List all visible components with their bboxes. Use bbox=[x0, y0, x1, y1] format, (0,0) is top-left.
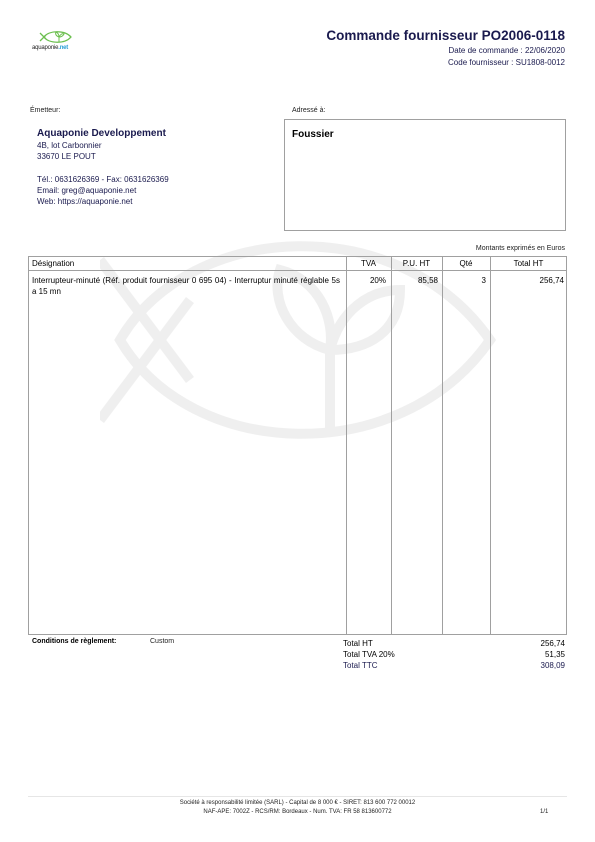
recipient-name: Foussier bbox=[292, 129, 334, 140]
column-header-total: Total HT bbox=[490, 259, 567, 268]
logo-text: aquaponie.net bbox=[32, 45, 68, 51]
sender-email: Email: greg@aquaponie.net bbox=[37, 186, 136, 195]
payment-terms-value: Custom bbox=[150, 638, 174, 645]
column-header-designation: Désignation bbox=[32, 259, 74, 268]
payment-terms-label: Conditions de règlement: bbox=[32, 638, 116, 645]
page-number: 1/1 bbox=[540, 809, 548, 815]
table-header-divider bbox=[28, 270, 567, 271]
footer-divider bbox=[28, 796, 567, 797]
sender-address-line2: 33670 LE POUT bbox=[37, 152, 96, 161]
total-ttc-value: 308,09 bbox=[541, 661, 565, 670]
column-header-qty: Qté bbox=[442, 259, 490, 268]
order-lines-table bbox=[28, 256, 567, 635]
total-ht-label: Total HT bbox=[343, 639, 373, 648]
column-divider bbox=[391, 256, 392, 635]
total-ttc-label: Total TTC bbox=[343, 661, 378, 670]
total-tva-label: Total TVA 20% bbox=[343, 650, 395, 659]
sender-web: Web: https://aquaponie.net bbox=[37, 197, 132, 206]
row-designation: Interrupteur-minuté (Réf. produit fourni… bbox=[32, 276, 340, 297]
sender-phone-fax: Tél.: 0631626369 - Fax: 0631626369 bbox=[37, 175, 169, 184]
row-qty: 3 bbox=[442, 276, 486, 285]
footer-legal-line1: Société à responsabilité limitée (SARL) … bbox=[0, 800, 595, 806]
fish-logo-icon bbox=[32, 28, 82, 46]
column-divider bbox=[490, 256, 491, 635]
row-total: 256,74 bbox=[490, 276, 564, 285]
row-unit-price: 85,58 bbox=[391, 276, 438, 285]
order-date: Date de commande : 22/06/2020 bbox=[448, 46, 565, 55]
row-tva: 20% bbox=[346, 276, 386, 285]
total-ht-value: 256,74 bbox=[541, 639, 565, 648]
document-title: Commande fournisseur PO2006-0118 bbox=[326, 28, 565, 43]
sender-address-line1: 4B, lot Carbonnier bbox=[37, 141, 101, 150]
company-logo: aquaponie.net bbox=[32, 28, 82, 58]
sender-name: Aquaponie Developpement bbox=[37, 128, 166, 139]
total-tva-value: 51,35 bbox=[545, 650, 565, 659]
column-header-tva: TVA bbox=[346, 259, 391, 268]
footer-legal-line2: NAF-APE: 7002Z - RCS/RM: Bordeaux - Num.… bbox=[0, 809, 595, 815]
column-divider bbox=[442, 256, 443, 635]
recipient-label: Adressé à: bbox=[292, 107, 325, 114]
sender-label: Émetteur: bbox=[30, 107, 60, 114]
column-header-unit-price: P.U. HT bbox=[391, 259, 442, 268]
supplier-code: Code fournisseur : SU1808-0012 bbox=[448, 58, 565, 67]
column-divider bbox=[346, 256, 347, 635]
currency-note: Montants exprimés en Euros bbox=[476, 245, 565, 252]
